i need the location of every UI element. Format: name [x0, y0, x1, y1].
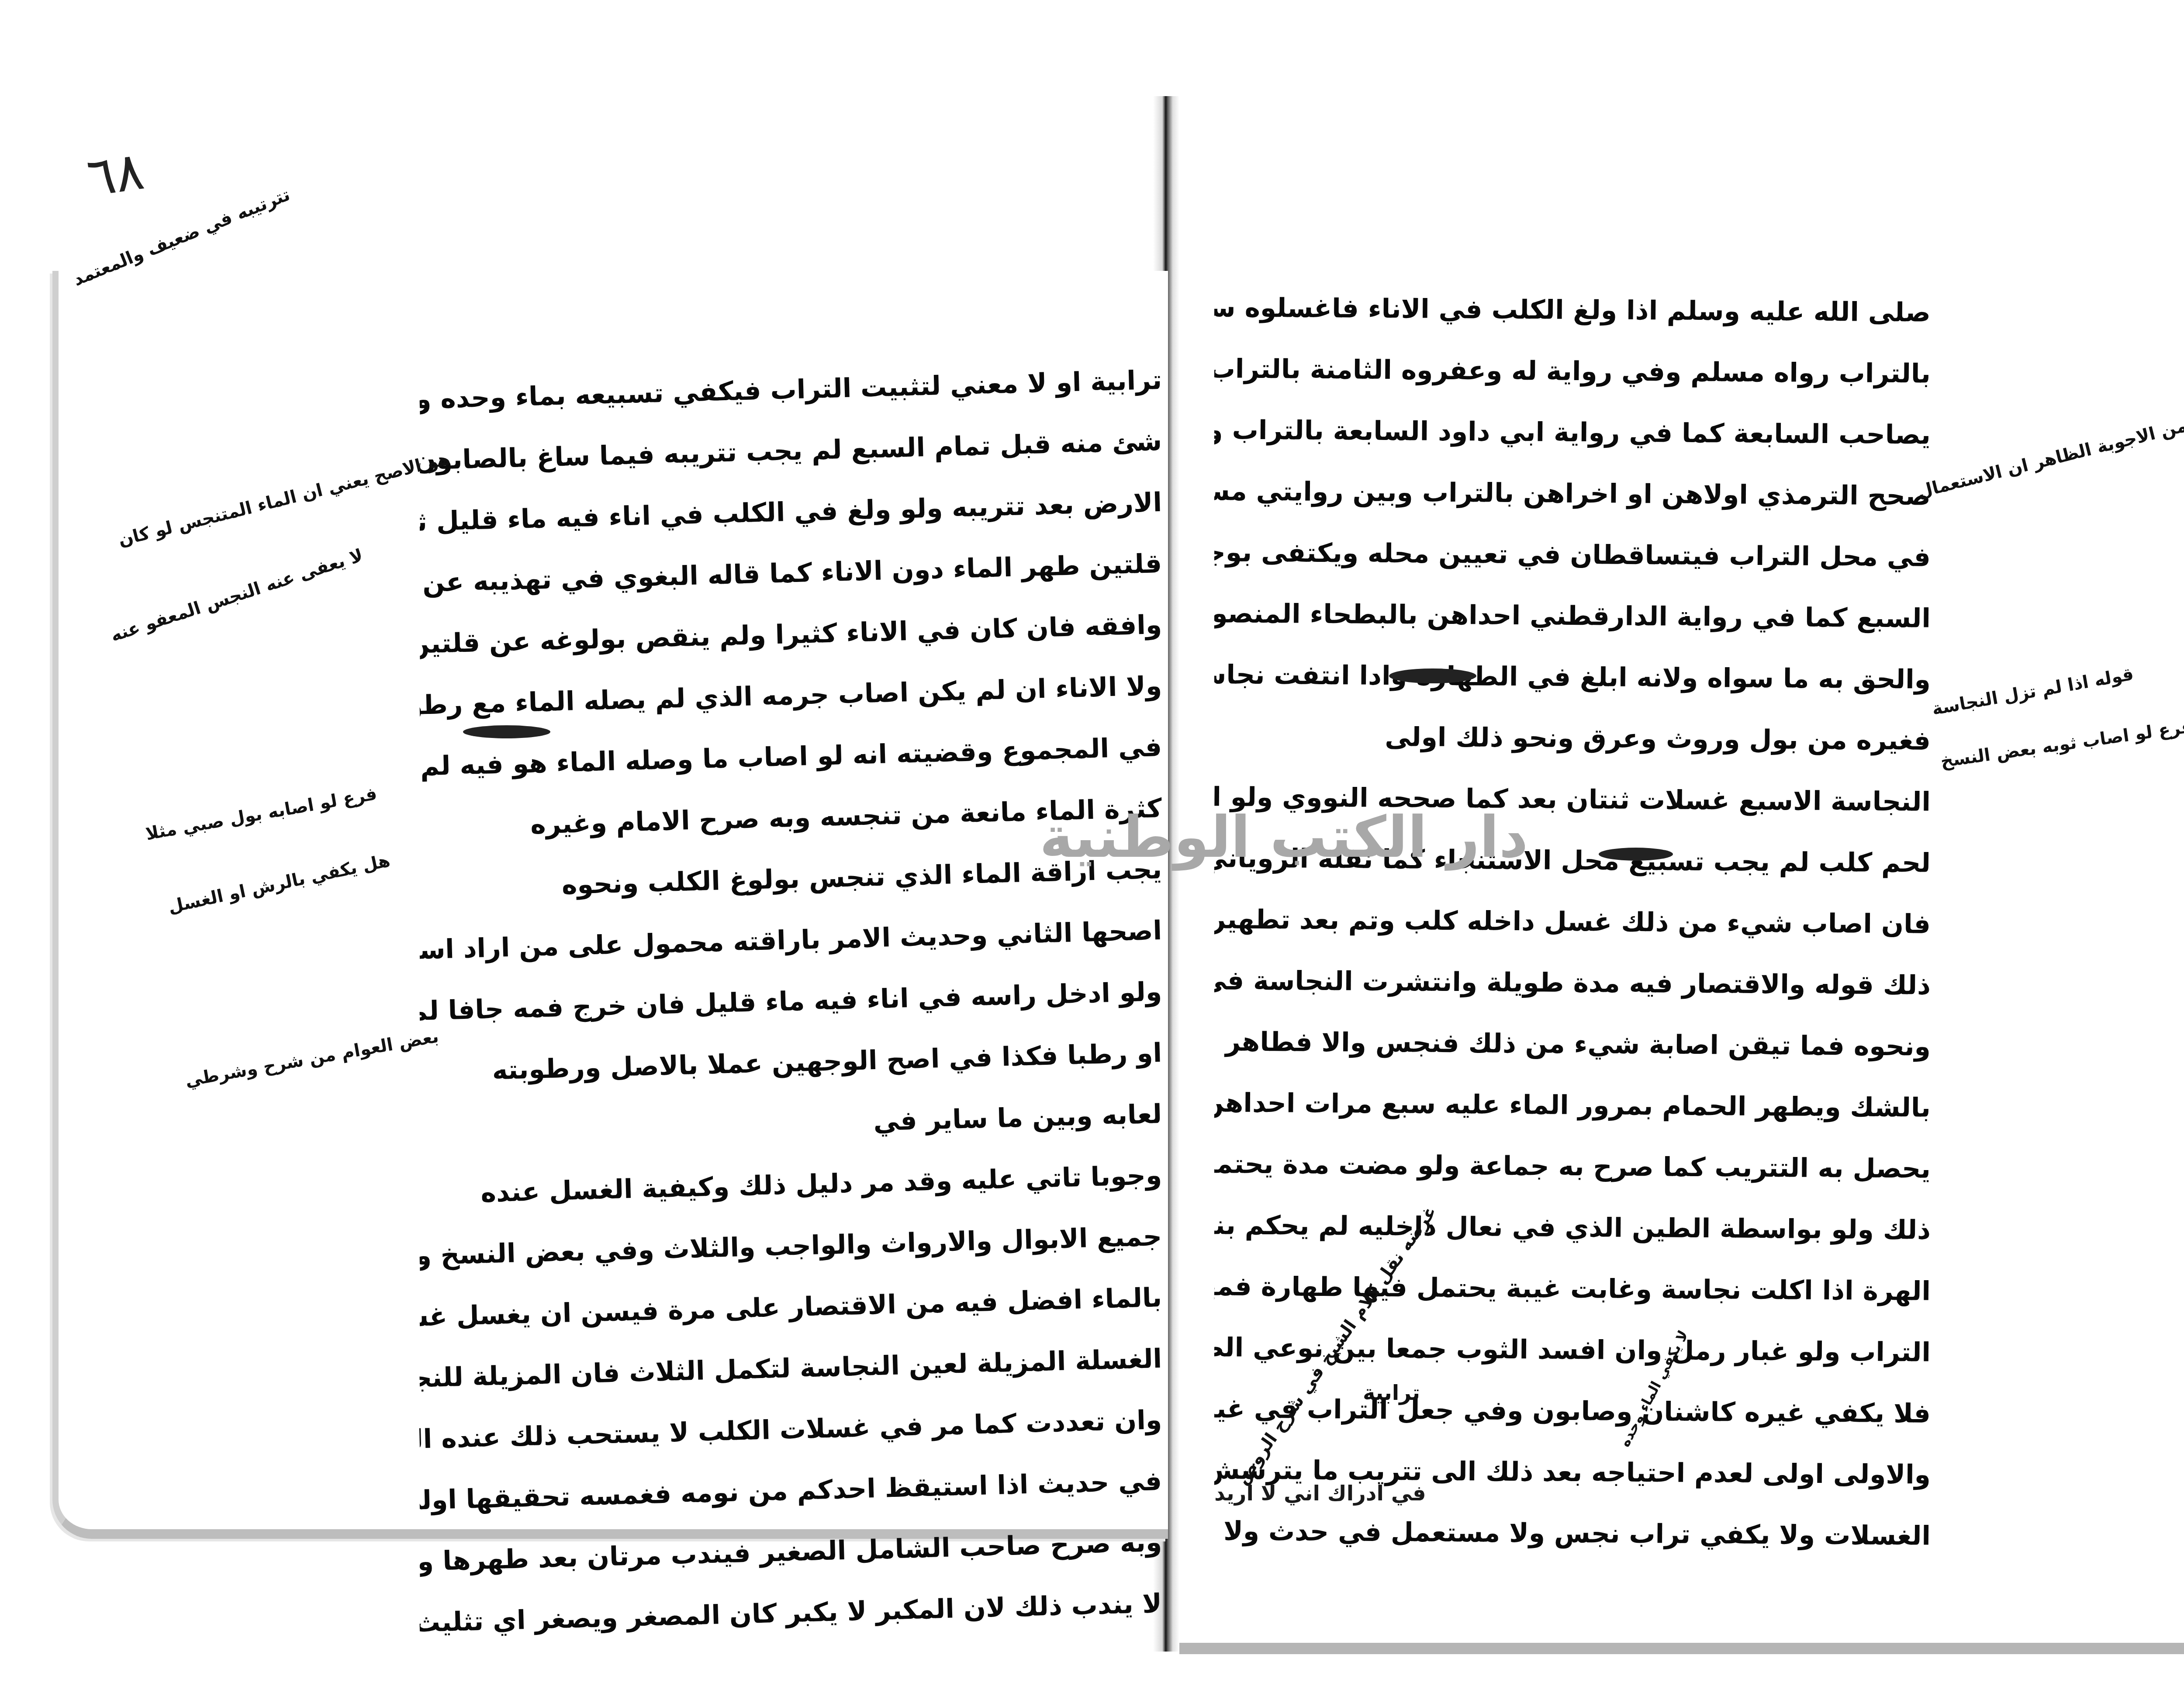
library-watermark: دار الكتب الوطنية — [1040, 804, 1528, 870]
page-footer-text: في ادراك اني لا اريد — [1214, 1481, 1426, 1506]
text-line: ذلك ولو بواسطة الطين الذي في نعال داخليه… — [1214, 1195, 1931, 1261]
text-line: ذلك قوله والاقتصار فيه مدة طويلة وانتشرت… — [1214, 950, 1931, 1016]
ink-strike-mark — [463, 725, 550, 738]
text-line: الغسلات ولا يكفي تراب نجس ولا مستعمل في … — [1214, 1500, 1931, 1566]
text-line: في محل التراب فيتساقطان في تعيين محله وي… — [1214, 522, 1931, 588]
left-page-text: ترابية او لا معني لتثبيت التراب فيكفي تس… — [419, 350, 1162, 1634]
text-line: فغيره من بول وروث وعرق ونحو ذلك اولى — [1214, 705, 1931, 771]
text-line: بالشك ويطهر الحمام بمرور الماء عليه سبع … — [1214, 1072, 1931, 1138]
text-line: والحق به ما سواه ولانه ابلغ في الطهارة و… — [1214, 644, 1931, 710]
text-line: صحح الترمذي اولاهن او اخراهن بالتراب وبي… — [1214, 461, 1931, 526]
text-line: يحصل به التتريب كما صرح به جماعة ولو مضت… — [1214, 1133, 1931, 1199]
text-line: السبع كما في رواية الدارقطني احداهن بالب… — [1214, 583, 1931, 649]
margin-note: ترابية — [1363, 1381, 1420, 1405]
ink-strike-mark — [1389, 668, 1476, 683]
ink-strike-mark — [1599, 848, 1673, 861]
text-line: بالتراب رواه مسلم وفي رواية له وعفروه ال… — [1214, 338, 1931, 404]
text-line: فان اصاب شيء من ذلك غسل داخله كلب وتم بع… — [1214, 889, 1931, 955]
text-line: فلا يكفي غيره كاشنان وصابون وفي جعل التر… — [1214, 1378, 1931, 1444]
text-line: يصاحب السابعة كما في رواية ابي داود السا… — [1214, 399, 1931, 465]
text-line: صلى الله عليه وسلم اذا ولغ الكلب في الان… — [1214, 277, 1931, 343]
text-line: ونحوه فما تيقن اصابة شيء من ذلك فنجس وال… — [1214, 1011, 1931, 1077]
text-line: الهرة اذا اكلت نجاسة وغابت غيبة يحتمل في… — [1214, 1256, 1931, 1322]
page-number: ٦٨ — [83, 141, 148, 209]
